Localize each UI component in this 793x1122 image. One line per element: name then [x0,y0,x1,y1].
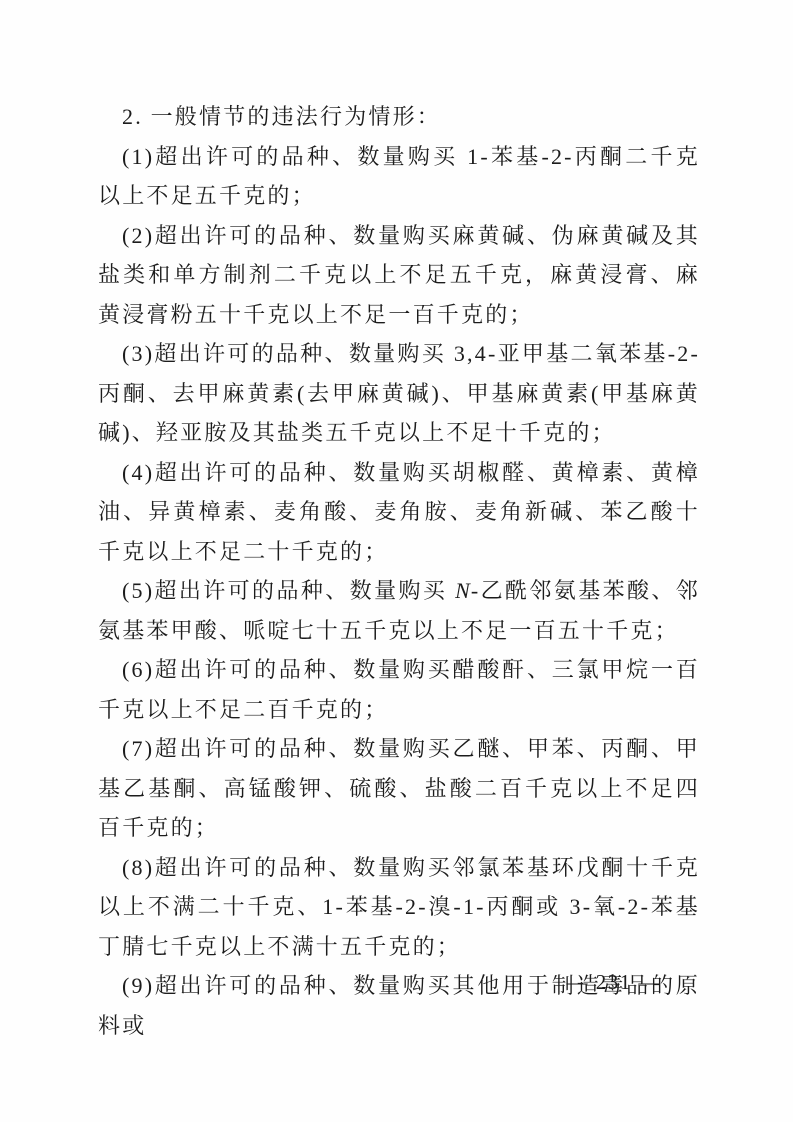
document-body: 2. 一般情节的违法行为情形： (1)超出许可的品种、数量购买 1-苯基-2-丙… [98,97,700,1045]
list-item-1: (1)超出许可的品种、数量购买 1-苯基-2-丙酮二千克以上不足五千克的； [98,137,700,216]
page-number: — 231 — [567,970,662,995]
list-item-5: (5)超出许可的品种、数量购买 N-乙酰邻氨基苯酸、邻氨基苯甲酸、哌啶七十五千克… [98,571,700,650]
list-item-3: (3)超出许可的品种、数量购买 3,4-亚甲基二氧苯基-2-丙酮、去甲麻黄素(去… [98,334,700,453]
list-item-8: (8)超出许可的品种、数量购买邻氯苯基环戊酮十千克以上不满二十千克、1-苯基-2… [98,848,700,967]
list-item-7: (7)超出许可的品种、数量购买乙醚、甲苯、丙酮、甲基乙基酮、高锰酸钾、硫酸、盐酸… [98,729,700,848]
section-heading: 2. 一般情节的违法行为情形： [98,97,700,137]
list-item-4: (4)超出许可的品种、数量购买胡椒醛、黄樟素、黄樟油、异黄樟素、麦角酸、麦角胺、… [98,453,700,572]
list-item-5-pre: (5)超出许可的品种、数量购买 [122,578,455,603]
list-item-6: (6)超出许可的品种、数量购买醋酸酐、三氯甲烷一百千克以上不足二百千克的； [98,650,700,729]
chemical-n-italic: N [455,578,471,603]
list-item-2: (2)超出许可的品种、数量购买麻黄碱、伪麻黄碱及其盐类和单方制剂二千克以上不足五… [98,216,700,335]
document-page: 2. 一般情节的违法行为情形： (1)超出许可的品种、数量购买 1-苯基-2-丙… [0,0,793,1122]
